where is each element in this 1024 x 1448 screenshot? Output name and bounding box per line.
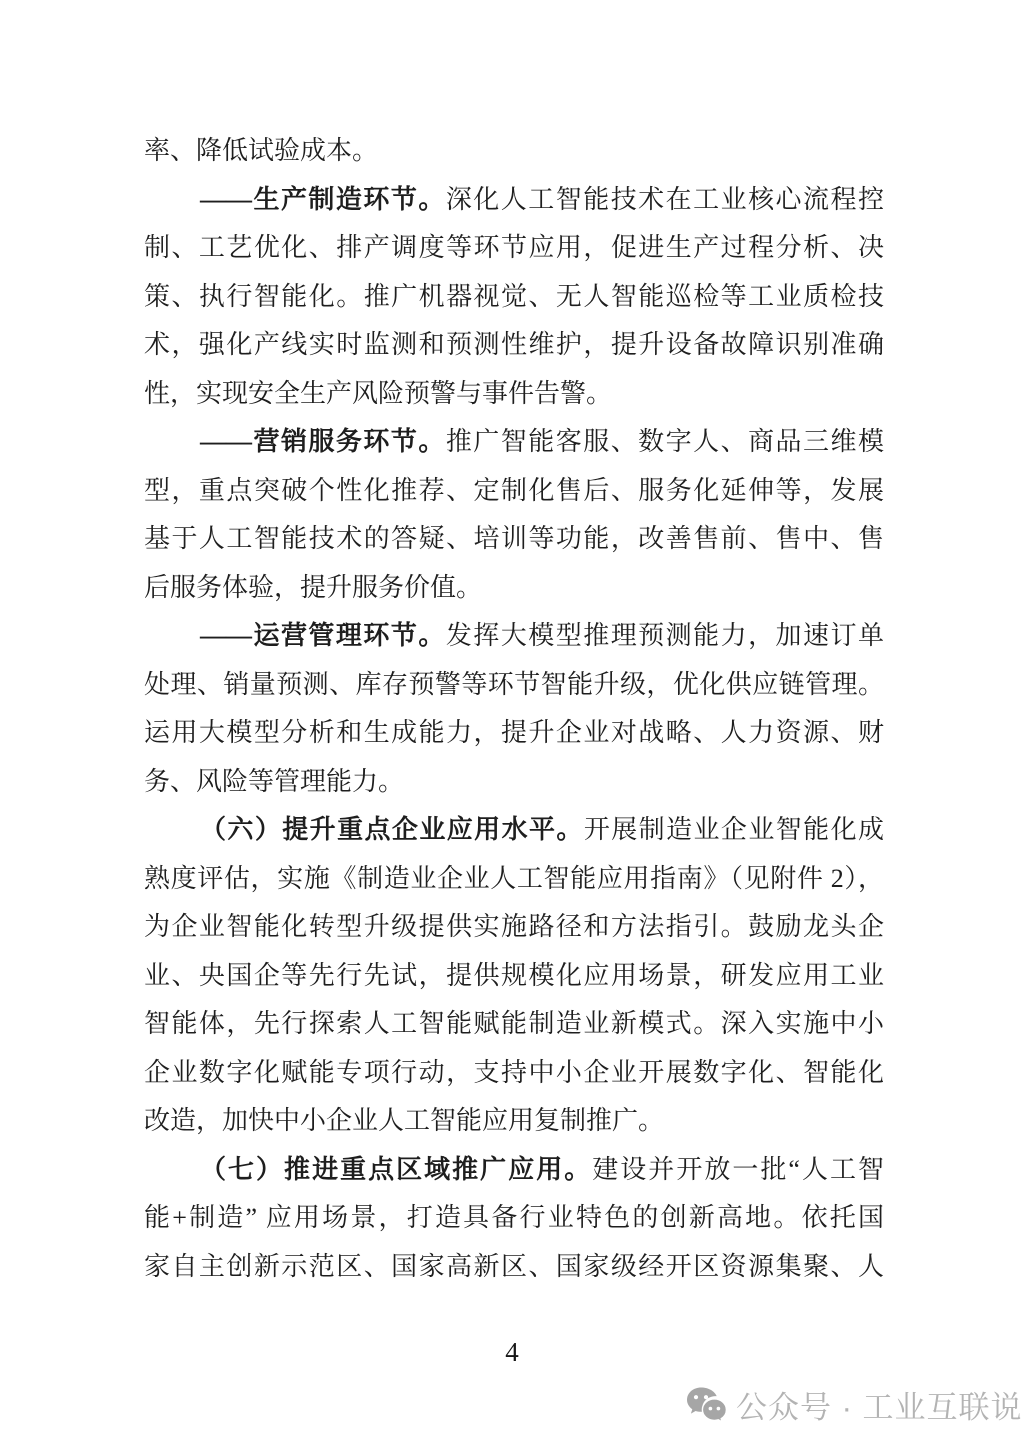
bold-lead: （七）推进重点区域推广应用。 <box>200 1155 592 1184</box>
text-line: 业、央国企等先行先试，提供规模化应用场景，研发应用工业 <box>144 952 884 1001</box>
text-line: 基于人工智能技术的答疑、培训等功能，改善售前、售中、售 <box>144 515 884 564</box>
line-text: 务、风险等管理能力。 <box>144 767 404 796</box>
text-line: 处理、销量预测、库存预警等环节智能升级，优化供应链管理。 <box>144 661 884 710</box>
wechat-icon <box>686 1386 726 1424</box>
document-page: 率、降低试验成本。 ——生产制造环节。深化人工智能技术在工业核心流程控 制、工艺… <box>0 0 1024 1448</box>
line-text: 智能体，先行探索人工智能赋能制造业新模式。深入实施中小 <box>144 1009 884 1038</box>
wechat-watermark: 公众号 · 工业互联说 <box>686 1382 1023 1427</box>
text-line: （六）提升重点企业应用水平。开展制造业企业智能化成 <box>144 806 884 855</box>
text-line: 能+制造” 应用场景，打造具备行业特色的创新高地。依托国 <box>144 1194 884 1243</box>
bold-lead: ——运营管理环节。 <box>200 621 446 650</box>
line-text: 能+制造” 应用场景，打造具备行业特色的创新高地。依托国 <box>144 1203 884 1232</box>
line-text: 改造，加快中小企业人工智能应用复制推广。 <box>144 1106 664 1135</box>
text-line: ——营销服务环节。推广智能客服、数字人、商品三维模 <box>144 418 884 467</box>
bold-lead: ——生产制造环节。 <box>200 185 446 214</box>
text-line: 后服务体验，提升服务价值。 <box>144 564 884 613</box>
text-line: ——生产制造环节。深化人工智能技术在工业核心流程控 <box>144 176 884 225</box>
bold-lead: （六）提升重点企业应用水平。 <box>200 815 584 844</box>
text-line: 熟度评估，实施《制造业企业人工智能应用指南》（见附件 2）， <box>144 855 884 904</box>
text-line: 改造，加快中小企业人工智能应用复制推广。 <box>144 1097 884 1146</box>
watermark-label: 公众号 · 工业互联说 <box>736 1382 1023 1427</box>
line-text: 建设并开放一批“人工智 <box>592 1155 884 1184</box>
line-text: 业、央国企等先行先试，提供规模化应用场景，研发应用工业 <box>144 961 884 990</box>
line-text: 性，实现安全生产风险预警与事件告警。 <box>144 379 612 408</box>
text-line: 术，强化产线实时监测和预测性维护，提升设备故障识别准确 <box>144 321 884 370</box>
text-line: 制、工艺优化、排产调度等环节应用，促进生产过程分析、决 <box>144 224 884 273</box>
line-text: 熟度评估，实施《制造业企业人工智能应用指南》（见附件 2）， <box>144 864 884 893</box>
line-text: 企业数字化赋能专项行动，支持中小企业开展数字化、智能化 <box>144 1058 884 1087</box>
line-text: 型，重点突破个性化推荐、定制化售后、服务化延伸等，发展 <box>144 476 884 505</box>
text-line: 率、降低试验成本。 <box>144 127 884 176</box>
text-line: （七）推进重点区域推广应用。建设并开放一批“人工智 <box>144 1146 884 1195</box>
line-text: 制、工艺优化、排产调度等环节应用，促进生产过程分析、决 <box>144 233 884 262</box>
line-text: 运用大模型分析和生成能力，提升企业对战略、人力资源、财 <box>144 718 884 747</box>
line-text: 术，强化产线实时监测和预测性维护，提升设备故障识别准确 <box>144 330 884 359</box>
text-line: 企业数字化赋能专项行动，支持中小企业开展数字化、智能化 <box>144 1049 884 1098</box>
line-text: 处理、销量预测、库存预警等环节智能升级，优化供应链管理。 <box>144 670 884 699</box>
line-text: 发挥大模型推理预测能力，加速订单 <box>446 621 884 650</box>
line-text: 策、执行智能化。推广机器视觉、无人智能巡检等工业质检技 <box>144 282 884 311</box>
text-line: 为企业智能化转型升级提供实施路径和方法指引。鼓励龙头企 <box>144 903 884 952</box>
line-text: 为企业智能化转型升级提供实施路径和方法指引。鼓励龙头企 <box>144 912 884 941</box>
text-line: 性，实现安全生产风险预警与事件告警。 <box>144 370 884 419</box>
text-line: 运用大模型分析和生成能力，提升企业对战略、人力资源、财 <box>144 709 884 758</box>
line-text: 家自主创新示范区、国家高新区、国家级经开区资源集聚、人 <box>144 1252 884 1281</box>
line-text: 基于人工智能技术的答疑、培训等功能，改善售前、售中、售 <box>144 524 884 553</box>
text-line: 策、执行智能化。推广机器视觉、无人智能巡检等工业质检技 <box>144 273 884 322</box>
line-text: 推广智能客服、数字人、商品三维模 <box>446 427 884 456</box>
line-text: 率、降低试验成本。 <box>144 136 378 165</box>
bold-lead: ——营销服务环节。 <box>200 427 446 456</box>
text-line: 型，重点突破个性化推荐、定制化售后、服务化延伸等，发展 <box>144 467 884 516</box>
text-line: ——运营管理环节。发挥大模型推理预测能力，加速订单 <box>144 612 884 661</box>
line-text: 深化人工智能技术在工业核心流程控 <box>446 185 884 214</box>
text-line: 智能体，先行探索人工智能赋能制造业新模式。深入实施中小 <box>144 1000 884 1049</box>
text-line: 家自主创新示范区、国家高新区、国家级经开区资源集聚、人 <box>144 1243 884 1292</box>
text-line: 务、风险等管理能力。 <box>144 758 884 807</box>
page-number: 4 <box>0 1337 1024 1368</box>
body-text: 率、降低试验成本。 ——生产制造环节。深化人工智能技术在工业核心流程控 制、工艺… <box>144 127 884 1291</box>
line-text: 开展制造业企业智能化成 <box>584 815 884 844</box>
line-text: 后服务体验，提升服务价值。 <box>144 573 482 602</box>
